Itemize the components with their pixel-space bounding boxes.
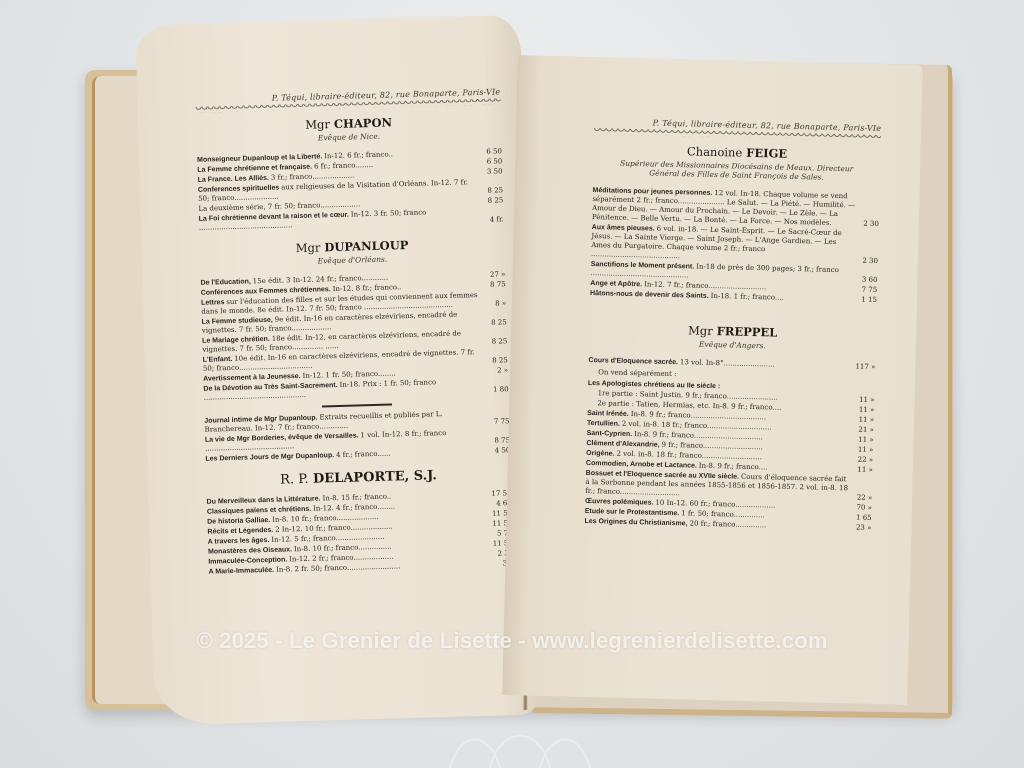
entry-title: Récits et Légendes. bbox=[207, 527, 273, 536]
entry-title: A Marie-Immaculée. bbox=[208, 567, 274, 576]
entry-price: 11 » bbox=[849, 465, 873, 475]
entry-title: Origène. bbox=[586, 450, 615, 458]
entry-description: 10 In-12. 60 fr.; franco................… bbox=[655, 499, 775, 510]
entry-price: 11 » bbox=[850, 405, 874, 415]
entry-title: Lettres bbox=[201, 299, 225, 307]
entry-description: 9 fr.; franco........................... bbox=[662, 441, 764, 451]
entry-description: In-8. 10 fr.; franco............... bbox=[294, 543, 392, 554]
entry-description: In-12. 8 fr.; franco.. bbox=[333, 283, 402, 293]
entry-price: 2 » bbox=[484, 366, 508, 376]
entry-description: 20 fr.; franco.............. bbox=[689, 519, 766, 529]
entry-description: In-12. 2 fr.; franco.................. bbox=[289, 553, 394, 564]
entry-price: 3 60 bbox=[853, 275, 877, 285]
entry-price: 7 75 bbox=[853, 285, 877, 295]
entry-title: Monastères des Oiseaux. bbox=[208, 546, 292, 555]
entry-description: In-8. 9 fr.; franco.... bbox=[699, 462, 768, 472]
entry-price: 2 30 bbox=[854, 256, 878, 266]
entry-title: Saint Irénée. bbox=[587, 410, 629, 418]
entry-title: Ange et Apôtre. bbox=[590, 280, 642, 288]
entry-price: 6 50 bbox=[478, 147, 502, 157]
right-page: P. Téqui, libraire-éditeur, 82, rue Bona… bbox=[502, 55, 923, 705]
left-page: P. Téqui, libraire-éditeur, 82, rue Bona… bbox=[135, 15, 539, 725]
entry-title: Immaculée-Conception. bbox=[208, 556, 287, 565]
entry-description: 1 fr. 50; franco.............. bbox=[681, 509, 765, 519]
entry-title: Sant-Cyprien. bbox=[587, 430, 633, 438]
entry-price: 70 » bbox=[848, 503, 872, 513]
entry-price: 3 50 bbox=[478, 167, 502, 177]
section-rule bbox=[321, 404, 391, 408]
entry-description: 4 fr.; franco...... bbox=[336, 450, 391, 460]
entry-title: De l'Education, bbox=[200, 278, 250, 286]
entry-title: Tertullien. bbox=[587, 420, 620, 428]
entry-description: In-12. 7 fr.; franco....................… bbox=[644, 280, 766, 291]
entry-title: Les Origines du Christianisme, bbox=[584, 518, 687, 528]
embroidery-motif-icon bbox=[430, 720, 610, 768]
entry-price: 22 » bbox=[849, 455, 873, 465]
author-heading: R. P. DELAPORTE, S.J. bbox=[206, 466, 511, 490]
entry-price: 7 75 bbox=[485, 417, 509, 427]
entry-price: 4 50 bbox=[486, 446, 510, 456]
entry-description: In-8. 15 fr.; franco.. bbox=[322, 493, 391, 503]
entry-price: 2 30 bbox=[855, 219, 879, 229]
entry-price: 11 » bbox=[849, 445, 873, 455]
entry-price: 27 » bbox=[481, 270, 505, 280]
catalog-entry: Aux âmes pieuses. 6 vol. in-18. — Le Sai… bbox=[591, 223, 879, 266]
entry-price: 11 » bbox=[849, 435, 873, 445]
entry-price: 8 25 bbox=[484, 356, 508, 366]
entry-price: 4 fr. bbox=[480, 215, 504, 225]
entry-title: Clément d'Alexandrie, bbox=[586, 440, 659, 449]
entry-title: Cours d'Eloquence sacrée. bbox=[588, 357, 678, 366]
entry-price: 21 » bbox=[850, 425, 874, 435]
entry-text: Méditations pour jeunes personnes. 12 vo… bbox=[592, 186, 856, 228]
entry-title: Etude sur le Protestantisme. bbox=[585, 508, 680, 517]
copyright-watermark: © 2025 - Le Grenier de Lisette - www.leg… bbox=[0, 628, 1024, 654]
entry-price: 8 25 bbox=[479, 196, 503, 206]
entry-text: Aux âmes pieuses. 6 vol. in-18. — Le Sai… bbox=[591, 223, 855, 265]
entry-title: De historia Galliae. bbox=[207, 517, 270, 526]
entry-price: 117 » bbox=[851, 362, 875, 372]
entry-price: 8 » bbox=[482, 299, 506, 309]
entry-description: In-8. 10 fr.; franco................... bbox=[272, 513, 379, 524]
entry-price: 8 25 bbox=[483, 337, 507, 347]
entry-price: 8 25 bbox=[479, 186, 503, 196]
entry-title: L'Enfant. bbox=[203, 356, 233, 364]
entry-price: 11 » bbox=[850, 415, 874, 425]
entry-price: 1 80 bbox=[485, 385, 509, 395]
entry-description: 6 fr.; franco........ bbox=[314, 161, 373, 171]
entry-title: Avertissement à la Jeunesse. bbox=[203, 373, 301, 383]
entry-price: 8 75 bbox=[486, 436, 510, 446]
entry-price: 1 65 bbox=[848, 513, 872, 523]
entry-price: 6 50 bbox=[478, 157, 502, 167]
entry-price: 8 25 bbox=[483, 318, 507, 328]
entry-title: Hâtons-nous de devenir des Saints. bbox=[590, 290, 709, 300]
entry-description: 3 fr.; franco................... bbox=[271, 171, 355, 181]
entry-title: Commodien, Arnobe et Lactance. bbox=[586, 460, 697, 470]
entry-price: 11 » bbox=[850, 395, 874, 405]
entry-price: 23 » bbox=[847, 523, 871, 533]
entry-description: 13 vol. In-8°....................... bbox=[680, 358, 775, 368]
entry-description: In-12. 4 fr.; franco........ bbox=[313, 502, 395, 512]
entry-title: A travers les âges. bbox=[208, 537, 270, 546]
entry-price: 22 » bbox=[848, 493, 872, 503]
entry-description: In-12. 6 fr.; franco.. bbox=[324, 150, 393, 160]
entry-title: La France. Les Alliés. bbox=[198, 175, 269, 184]
entry-description: In-12. 1 fr. 50; franco........ bbox=[302, 369, 395, 380]
entry-price: 8 75 bbox=[482, 280, 506, 290]
entry-price: 1 15 bbox=[853, 295, 877, 305]
entry-description: In-18. 1 fr.; franco.... bbox=[711, 292, 784, 302]
entry-title: Œuvres polémiques. bbox=[585, 498, 654, 507]
catalog-entry: Méditations pour jeunes personnes. 12 vo… bbox=[592, 186, 880, 229]
